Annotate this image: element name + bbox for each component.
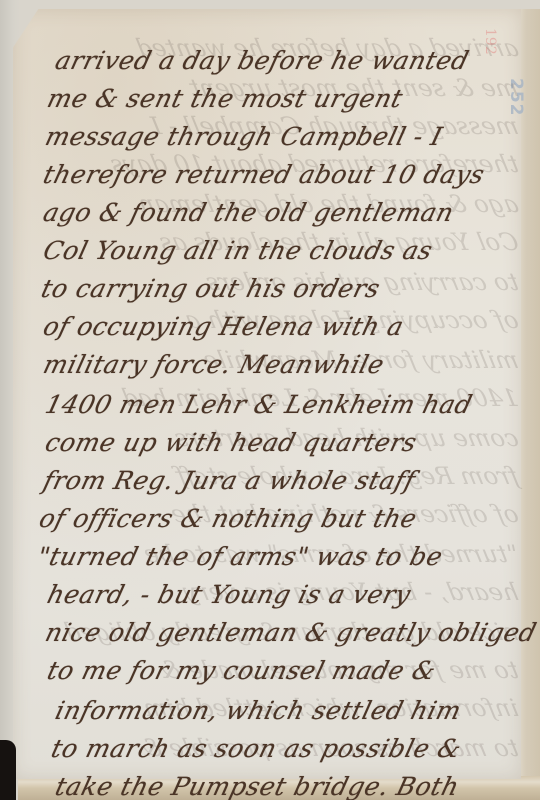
manuscript-line-11: come up with head quarters: [42, 428, 420, 457]
manuscript-line-14: "turned the of arms" was to be: [34, 542, 446, 571]
manuscript-line-17: to me for my counsel made &: [44, 656, 439, 685]
manuscript-line-10: 1400 men Lehr & Lenkheim had: [42, 390, 475, 419]
manuscript-line-20: take the Pumpset bridge. Both: [52, 772, 462, 800]
manuscript-line-19: to march as soon as possible &: [48, 734, 464, 763]
manuscript-line-9: military force. Meanwhile: [40, 350, 387, 379]
manuscript-line-6: Col Young all in the clouds as: [40, 236, 435, 265]
manuscript-line-16: nice old gentleman & greatly obliged: [42, 618, 539, 647]
manuscript-line-18: information, which settled him: [52, 696, 464, 725]
manuscript-line-12: from Reg. Jura a whole staff: [40, 466, 418, 495]
manuscript-line-4: therefore returned about 10 days: [40, 160, 487, 189]
manuscript-line-15: heard, - but Young is a very: [44, 580, 414, 609]
manuscript-line-2: me & sent the most urgent: [44, 84, 406, 113]
manuscript-line-8: of occupying Helena with a: [40, 312, 407, 341]
binding-shadow: [0, 740, 16, 800]
scan-background: 192 252 arrived a day before he wanted m…: [0, 0, 540, 800]
manuscript-line-7: to carrying out his orders: [38, 274, 383, 303]
manuscript-line-13: of officers & nothing but the: [36, 504, 420, 533]
manuscript-line-1: arrived a day before he wanted: [52, 46, 472, 75]
manuscript-line-3: message through Campbell - I: [42, 122, 445, 151]
folio-number-red: 192: [482, 28, 498, 55]
manuscript-line-5: ago & found the old gentleman: [40, 198, 457, 227]
folio-number-blue-stamp: 252: [506, 78, 526, 117]
